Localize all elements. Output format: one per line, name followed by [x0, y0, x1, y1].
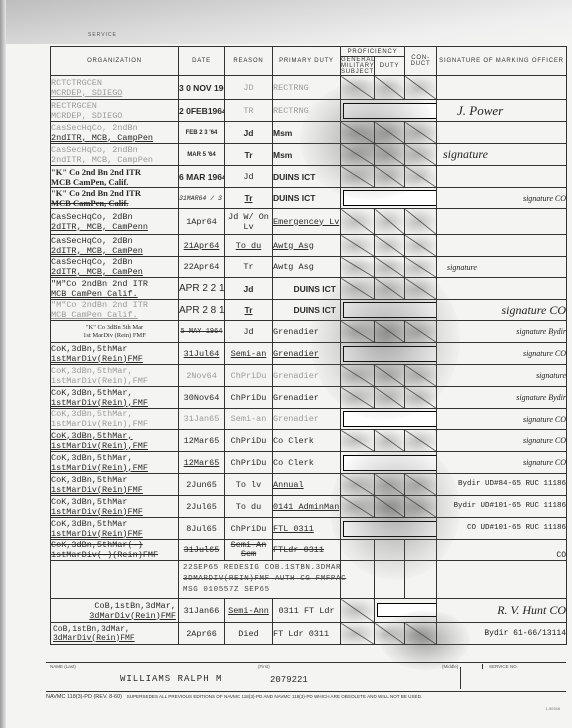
gms-mark — [341, 365, 375, 387]
duty-mark — [375, 365, 405, 387]
header-reason: REASON — [225, 47, 273, 76]
reason-cell: Semi-an — [225, 409, 273, 430]
signature-cell: Bydir 61-66/13114 — [437, 623, 567, 645]
table-row: CoK,3dBn,5thMar1stMarDiv(Rein)FMF 2Jul65… — [51, 496, 567, 518]
gms-mark — [341, 76, 375, 100]
reason-cell: ChPriDu — [225, 387, 273, 409]
table-row: CasSecHqCo, 2ndBn2ndITR, MCB, CampPen MA… — [51, 144, 567, 166]
conduct-mark — [405, 166, 437, 188]
organization-cell: CasSecHqCo, 2dBn2dITR, MCB, CamPenn — [51, 209, 179, 235]
gms-mark — [341, 122, 375, 144]
reason-cell: Jd — [225, 166, 273, 188]
date-cell: 31Jul64 — [179, 343, 225, 365]
organization-cell: "K" Co 2nd Bn 2nd ITRMCB CamPen, Calif. — [51, 188, 179, 209]
primary-duty-cell: Grenadier — [273, 409, 341, 430]
duty-mark — [375, 235, 405, 257]
primary-duty-cell: DUINS ICT — [273, 166, 341, 188]
duty-mark — [375, 474, 405, 496]
header-primary-duty: PRIMARY DUTY — [273, 47, 341, 76]
date-cell: 2Jun65 — [179, 474, 225, 496]
table-row: CoB,1stBn,3dMar,3dMarDiv(Rein)FMF 2Apr66… — [51, 623, 567, 645]
gms-mark — [341, 430, 375, 452]
organization-cell: "M"Co 2ndBn 2nd ITRMCB CamPen Calif. — [51, 278, 179, 300]
date-cell: 2Apr66 — [179, 623, 225, 645]
gms-mark — [341, 144, 375, 166]
date-cell: 31Jan65 — [179, 409, 225, 430]
date-cell: 31Jan66 — [179, 599, 225, 623]
duty-mark — [375, 496, 405, 518]
redacted-proficiency — [341, 300, 437, 321]
signature-cell: signature Bydir — [437, 387, 567, 409]
duty-mark — [375, 209, 405, 235]
conduct-mark — [405, 387, 437, 409]
signature-cell: signature CO — [437, 188, 567, 209]
organization-cell: CasSecHqCo, 2dBn2dITR, MCB, CamPen — [51, 257, 179, 278]
organization-cell: RECTRGCENMCRDEP, SDIEGO — [51, 100, 179, 122]
organization-cell: CoK,3dBn,5thMar1stMarDiv(Rein)FMF — [51, 518, 179, 540]
primary-duty-cell: Co Clerk — [273, 430, 341, 452]
signature-cell: signature CO — [437, 343, 567, 365]
organization-cell: CoK,3dBn,5thMar,1stMarDiv(Rein),FMF — [51, 409, 179, 430]
page-edge — [0, 0, 6, 728]
signature-cell: CO — [437, 540, 567, 561]
reason-cell: To du — [225, 496, 273, 518]
redacted-proficiency — [341, 100, 437, 122]
redacted-proficiency — [341, 409, 437, 430]
table-row: CoK,3dBn,5thMar1stMarDiv(Rein)FMF 8Jul65… — [51, 518, 567, 540]
signature-cell: signature CO — [437, 300, 567, 321]
conduct-mark — [405, 209, 437, 235]
header-conduct: CON- DUCT — [405, 47, 437, 76]
table-row: CoK,3dBn,5thMar1stMarDiv(Rein)FMF 31Jul6… — [51, 343, 567, 365]
primary-duty-cell: Grenadier — [273, 321, 341, 343]
primary-duty-cell: 0141 AdminMan — [273, 496, 341, 518]
table-row: CasSecHqCo, 2dBn2dITR, MCB, CamPen 22Apr… — [51, 257, 567, 278]
header-date: DATE — [179, 47, 225, 76]
print-code: 1-50948 — [545, 706, 560, 711]
reason-cell: ChPriDu — [225, 365, 273, 387]
primary-duty-cell: DUINS ICT — [273, 278, 341, 300]
duty-mark — [375, 166, 405, 188]
redaction-box — [343, 302, 437, 318]
date-cell: 22Apr64 — [179, 257, 225, 278]
conduct-mark — [405, 122, 437, 144]
table-row: CoK,3dBn,5thMar,1stMarDiv(Rein),FMF 31Ja… — [51, 409, 567, 430]
supersedes-notice: SUPERSEDES ALL PREVIOUS EDITIONS OF NAVM… — [127, 694, 423, 699]
duty-mark — [375, 387, 405, 409]
primary-duty-cell: RECTRNG — [273, 100, 341, 122]
reason-cell: Jd — [225, 122, 273, 144]
table-row: CoK,3dBn,5thMar,1stMarDiv(Rein),FMF 12Ma… — [51, 430, 567, 452]
conduct-mark — [405, 278, 437, 300]
date-cell: 21Apr64 — [179, 235, 225, 257]
reason-cell: Jd — [225, 321, 273, 343]
header-general-military-subjects: GENERAL MILITARY SUBJECTS — [341, 57, 375, 76]
table-row: CoK,3dBn,5thMar,1stMarDiv(Rein),FMF 30No… — [51, 387, 567, 409]
date-cell: APR 2 2 1964 — [179, 278, 225, 300]
table-row: CoK,3dBn,5thMar,1stMarDiv(Rein),FMF 12Ma… — [51, 452, 567, 474]
organization-cell: CoK,3dBn,5thMar,1stMarDiv(Rein),FMF — [51, 452, 179, 474]
organization-cell: "K" Co 3dBn 5th Mar1st MarDiv (Rein) FMF — [51, 321, 179, 343]
duty-mark — [375, 144, 405, 166]
date-cell: APR 2 8 1964 — [179, 300, 225, 321]
conduct-mark — [405, 365, 437, 387]
date-cell: FEB 2 3 '64 — [179, 122, 225, 144]
conduct-mark — [405, 321, 437, 343]
service-no-divider — [460, 667, 461, 689]
duty-mark — [375, 122, 405, 144]
signature-cell: J. Power — [437, 100, 567, 122]
signature-cell — [437, 76, 567, 100]
date-cell: 3 0 NOV 1963 — [179, 76, 225, 100]
table-row: "M"Co 2ndBn 2nd ITRMCB CamPen Calif. APR… — [51, 278, 567, 300]
table-row: CasSecHqCo, 2dBn2dITR, MCB, CamPen 21Apr… — [51, 235, 567, 257]
signature-cell: Bydir UD#84-65 RUC 11186 — [437, 474, 567, 496]
gms-mark — [341, 599, 375, 623]
signature-cell — [437, 209, 567, 235]
organization-cell: CoK,3dBn,5thMar,1stMarDiv(Rein),FMF — [51, 387, 179, 409]
duty-mark — [375, 278, 405, 300]
signature-cell: R. V. Hunt CO — [437, 599, 567, 623]
signature-cell: signature CO — [437, 409, 567, 430]
gms-mark — [341, 474, 375, 496]
table-row-voided: CoK,3dBn,5thMar(-)1stMarDiv(-)(Rein)FMF … — [51, 540, 567, 561]
duty-mark — [375, 540, 405, 561]
conduct-mark — [405, 540, 437, 561]
table-row: "K" Co 3dBn 5th Mar1st MarDiv (Rein) FMF… — [51, 321, 567, 343]
reason-cell: Semi-An Sem — [225, 540, 273, 561]
table-row: "M"Co 2ndBn 2nd ITRMCB CamPen Calif. APR… — [51, 300, 567, 321]
redacted-proficiency — [341, 188, 437, 209]
signature-cell: signature Bydir — [437, 321, 567, 343]
date-cell: 31MAR64 / 3 APR 1964 — [179, 188, 225, 209]
primary-duty-cell: Awtg Asg — [273, 235, 341, 257]
gms-mark — [341, 166, 375, 188]
reason-cell: JD — [225, 76, 273, 100]
redaction-box — [343, 346, 437, 362]
conduct-mark — [405, 76, 437, 100]
signature-cell — [437, 166, 567, 188]
reason-cell: Jd — [225, 278, 273, 300]
table-row: CasSecHqCo, 2ndBn2ndITR, MCB, CampPen FE… — [51, 122, 567, 144]
primary-duty-cell: DUINS ICT — [273, 300, 341, 321]
reason-cell: To lv — [225, 474, 273, 496]
primary-duty-cell: Awtg Asg — [273, 257, 341, 278]
duty-mark — [375, 257, 405, 278]
date-cell: 1Apr64 — [179, 209, 225, 235]
date-cell: 2Nov64 — [179, 365, 225, 387]
gms-mark — [341, 623, 375, 645]
date-cell: 31Jul65 — [179, 540, 225, 561]
record-table: ORGANIZATION DATE REASON PRIMARY DUTY PR… — [50, 46, 567, 645]
primary-duty-cell: Grenadier — [273, 365, 341, 387]
duty-mark — [375, 76, 405, 100]
conduct-mark — [405, 235, 437, 257]
duty-mark — [375, 561, 405, 599]
signature-cell — [437, 122, 567, 144]
reason-cell: To du — [225, 235, 273, 257]
conduct-mark — [405, 144, 437, 166]
organization-cell: "M"Co 2ndBn 2nd ITRMCB CamPen Calif. — [51, 300, 179, 321]
reason-cell: ChPriDu — [225, 518, 273, 540]
signature-cell: CO UD#101-65 RUC 11186 — [437, 518, 567, 540]
reason-cell: Died — [225, 623, 273, 645]
section-label: SERVICE — [88, 32, 117, 38]
table-row: RECTRGCENMCRDEP, SDIEGO 2 0FEB1964 TR RE… — [51, 100, 567, 122]
organization-cell: CoK,3dBn,5thMar,1stMarDiv(Rein),FMF — [51, 365, 179, 387]
date-cell: 6 MAR 1964 — [179, 166, 225, 188]
form-number: NAVMC 118(3)-PD (REV. 8-60) — [46, 694, 122, 700]
signature-cell — [437, 278, 567, 300]
primary-duty-cell: 0311 FT Ldr — [273, 599, 341, 623]
duty-mark — [375, 321, 405, 343]
primary-duty-cell: FTLdr 0311 — [273, 540, 341, 561]
date-cell: MAR 5 '64 — [179, 144, 225, 166]
service-number: 2079221 — [270, 675, 308, 685]
organization-cell: CoK,3dBn,5thMar1stMarDiv(Rein)FMF — [51, 343, 179, 365]
primary-duty-cell: Msm — [273, 144, 341, 166]
date-cell: 12Mar65 — [179, 452, 225, 474]
name-value: WILLIAMS RALPH M — [120, 674, 222, 684]
gms-mark — [341, 540, 375, 561]
reason-cell: Tr — [225, 144, 273, 166]
date-cell: 2Jul65 — [179, 496, 225, 518]
signature-cell: signature — [437, 144, 567, 166]
organization-cell: RCTCTRGCENMCRDEP, SDIEGO — [51, 76, 179, 100]
gms-mark — [341, 257, 375, 278]
organization-cell: CoK,3dBn,5thMar,1stMarDiv(Rein),FMF — [51, 430, 179, 452]
conduct-mark — [405, 474, 437, 496]
redacted-proficiency — [341, 343, 437, 365]
date-cell: 2 0FEB1964 — [179, 100, 225, 122]
primary-duty-cell: FT Ldr 0311 — [273, 623, 341, 645]
reason-cell: Jd W/ On Lv — [225, 209, 273, 235]
gms-mark — [341, 387, 375, 409]
signature-cell — [437, 235, 567, 257]
fitness-record-form: ORGANIZATION DATE REASON PRIMARY DUTY PR… — [50, 46, 566, 666]
date-cell: 5 MAY 1964 — [179, 321, 225, 343]
table-row: CoB,1stBn,3dMar,3dMarDiv(Rein)FMF 31Jan6… — [51, 599, 567, 623]
primary-duty-cell: Emergencey Lv — [273, 209, 341, 235]
duty-mark — [375, 623, 405, 645]
reason-cell: Semi-Ann — [225, 599, 273, 623]
organization-cell: CasSecHqCo, 2ndBn2ndITR, MCB, CampPen — [51, 122, 179, 144]
organization-cell: "K" Co 2nd Bn 2nd ITRMCB CamPen, Calif. — [51, 166, 179, 188]
primary-duty-cell: FTL 0311 — [273, 518, 341, 540]
organization-cell: CasSecHqCo, 2ndBn2ndITR, MCB, CampPen — [51, 144, 179, 166]
date-cell: 12Mar65 — [179, 430, 225, 452]
signature-cell — [437, 561, 567, 599]
reason-cell: Semi-an — [225, 343, 273, 365]
reason-cell: ChPriDu — [225, 452, 273, 474]
table-row: CoK,3dBn,5thMar1stMarDiv(Rein)FMF 2Jun65… — [51, 474, 567, 496]
signature-cell: signature — [437, 257, 567, 278]
redacted-proficiency — [341, 452, 437, 474]
table-row: CoK,3dBn,5thMar,1stMarDiv(Rein),FMF 2Nov… — [51, 365, 567, 387]
reason-cell: ChPriDu — [225, 430, 273, 452]
redaction-box — [343, 411, 437, 427]
organization-cell: CoK,3dBn,5thMar1stMarDiv(Rein)FMF — [51, 496, 179, 518]
date-cell: 30Nov64 — [179, 387, 225, 409]
conduct-mark — [405, 561, 437, 599]
reason-cell: Tr — [225, 257, 273, 278]
conduct-mark — [405, 623, 437, 645]
gms-mark — [341, 235, 375, 257]
organization-cell — [51, 561, 179, 599]
signature-cell: Bydir UD#101-65 RUC 11186 — [437, 496, 567, 518]
redaction-box — [343, 521, 437, 537]
gms-mark — [341, 321, 375, 343]
conduct-mark — [405, 430, 437, 452]
reason-cell: Tr — [225, 188, 273, 209]
redacted-proficiency — [375, 599, 437, 623]
form-footer: NAME (Last) (First) (Middle) SERVICE NO.… — [46, 662, 566, 700]
organization-cell: CoK,3dBn,5thMar(-)1stMarDiv(-)(Rein)FMF — [51, 540, 179, 561]
signature-cell: signature CO — [437, 452, 567, 474]
primary-duty-cell: Grenadier — [273, 343, 341, 365]
conduct-mark — [405, 496, 437, 518]
gms-mark — [341, 278, 375, 300]
date-cell: 8Jul65 — [179, 518, 225, 540]
redacted-proficiency — [341, 518, 437, 540]
organization-cell: CoB,1stBn,3dMar,3dMarDiv(Rein)FMF — [51, 623, 179, 645]
reason-cell: TR — [225, 100, 273, 122]
signature-cell: signature CO — [437, 430, 567, 452]
gms-mark — [341, 496, 375, 518]
conduct-mark — [405, 257, 437, 278]
primary-duty-cell: DUINS ICT — [273, 188, 341, 209]
primary-duty-cell: RECTRNG — [273, 76, 341, 100]
primary-duty-cell: Co Clerk — [273, 452, 341, 474]
header-proficiency: PROFICIENCY — [341, 47, 405, 57]
table-row: CasSecHqCo, 2dBn2dITR, MCB, CamPenn 1Apr… — [51, 209, 567, 235]
signature-cell: signature — [437, 365, 567, 387]
redaction-box — [343, 103, 437, 119]
duty-mark — [375, 430, 405, 452]
header-organization: ORGANIZATION — [51, 47, 179, 76]
gms-mark — [341, 209, 375, 235]
header-duty: DUTY — [375, 57, 405, 76]
organization-cell: CasSecHqCo, 2dBn2dITR, MCB, CamPen — [51, 235, 179, 257]
table-row: RCTCTRGCENMCRDEP, SDIEGO 3 0 NOV 1963 JD… — [51, 76, 567, 100]
header-signature: SIGNATURE OF MARKING OFFICER — [437, 47, 567, 76]
reason-cell: Tr — [225, 300, 273, 321]
page-fold-shadow — [0, 0, 572, 44]
table-row: "K" Co 2nd Bn 2nd ITRMCB CamPen, Calif. … — [51, 166, 567, 188]
redesignation-note: 22SEP65 REDESIG COB.1STBN.3DMAR 3DMARDIV… — [179, 561, 341, 599]
primary-duty-cell: Annual — [273, 474, 341, 496]
redaction-box — [343, 190, 437, 206]
table-row-note: 22SEP65 REDESIG COB.1STBN.3DMAR 3DMARDIV… — [51, 561, 567, 599]
primary-duty-cell: Msm — [273, 122, 341, 144]
redaction-box — [343, 455, 437, 471]
redaction-box — [377, 603, 437, 617]
table-row: "K" Co 2nd Bn 2nd ITRMCB CamPen, Calif. … — [51, 188, 567, 209]
primary-duty-cell: Grenadier — [273, 387, 341, 409]
organization-cell: CoK,3dBn,5thMar1stMarDiv(Rein)FMF — [51, 474, 179, 496]
organization-cell: CoB,1stBn,3dMar,3dMarDiv(Rein)FMF — [51, 599, 179, 623]
